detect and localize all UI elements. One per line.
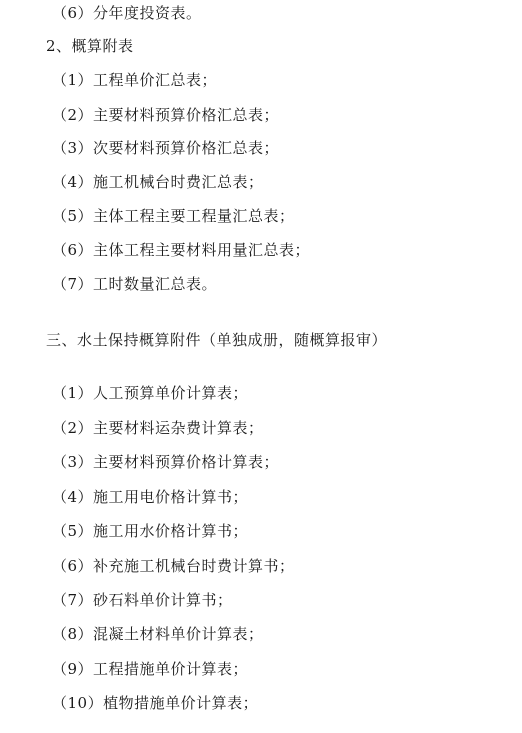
list-item: （3）主要材料预算价格计算表； [52, 452, 279, 472]
list-item: （10）植物措施单价计算表； [52, 693, 258, 713]
list-item: （4）施工用电价格计算书； [52, 487, 248, 507]
list-item: （4）施工机械台时费汇总表； [52, 172, 264, 192]
list-item: （1）人工预算单价计算表； [52, 383, 248, 403]
list-item: （2）主要材料运杂费计算表； [52, 418, 264, 438]
list-item: （1）工程单价汇总表； [52, 70, 217, 90]
section-heading: 三、水土保持概算附件（单独成册，随概算报审） [46, 330, 387, 350]
list-item: （5）主体工程主要工程量汇总表； [52, 206, 295, 226]
list-item: （3）次要材料预算价格汇总表； [52, 138, 279, 158]
list-item: （2）主要材料预算价格汇总表； [52, 105, 279, 125]
list-item: （5）施工用水价格计算书； [52, 521, 248, 541]
list-item: （8）混凝土材料单价计算表； [52, 624, 264, 644]
list-item: （6）补充施工机械台时费计算书； [52, 556, 295, 576]
subsection-heading: 2、概算附表 [46, 36, 134, 56]
list-item: （7）工时数量汇总表。 [52, 274, 217, 294]
list-item: （9）工程措施单价计算表； [52, 659, 248, 679]
list-item: （7）砂石料单价计算书； [52, 590, 233, 610]
list-item: （6）主体工程主要材料用量汇总表； [52, 240, 310, 260]
list-item: （6）分年度投资表。 [52, 3, 202, 23]
